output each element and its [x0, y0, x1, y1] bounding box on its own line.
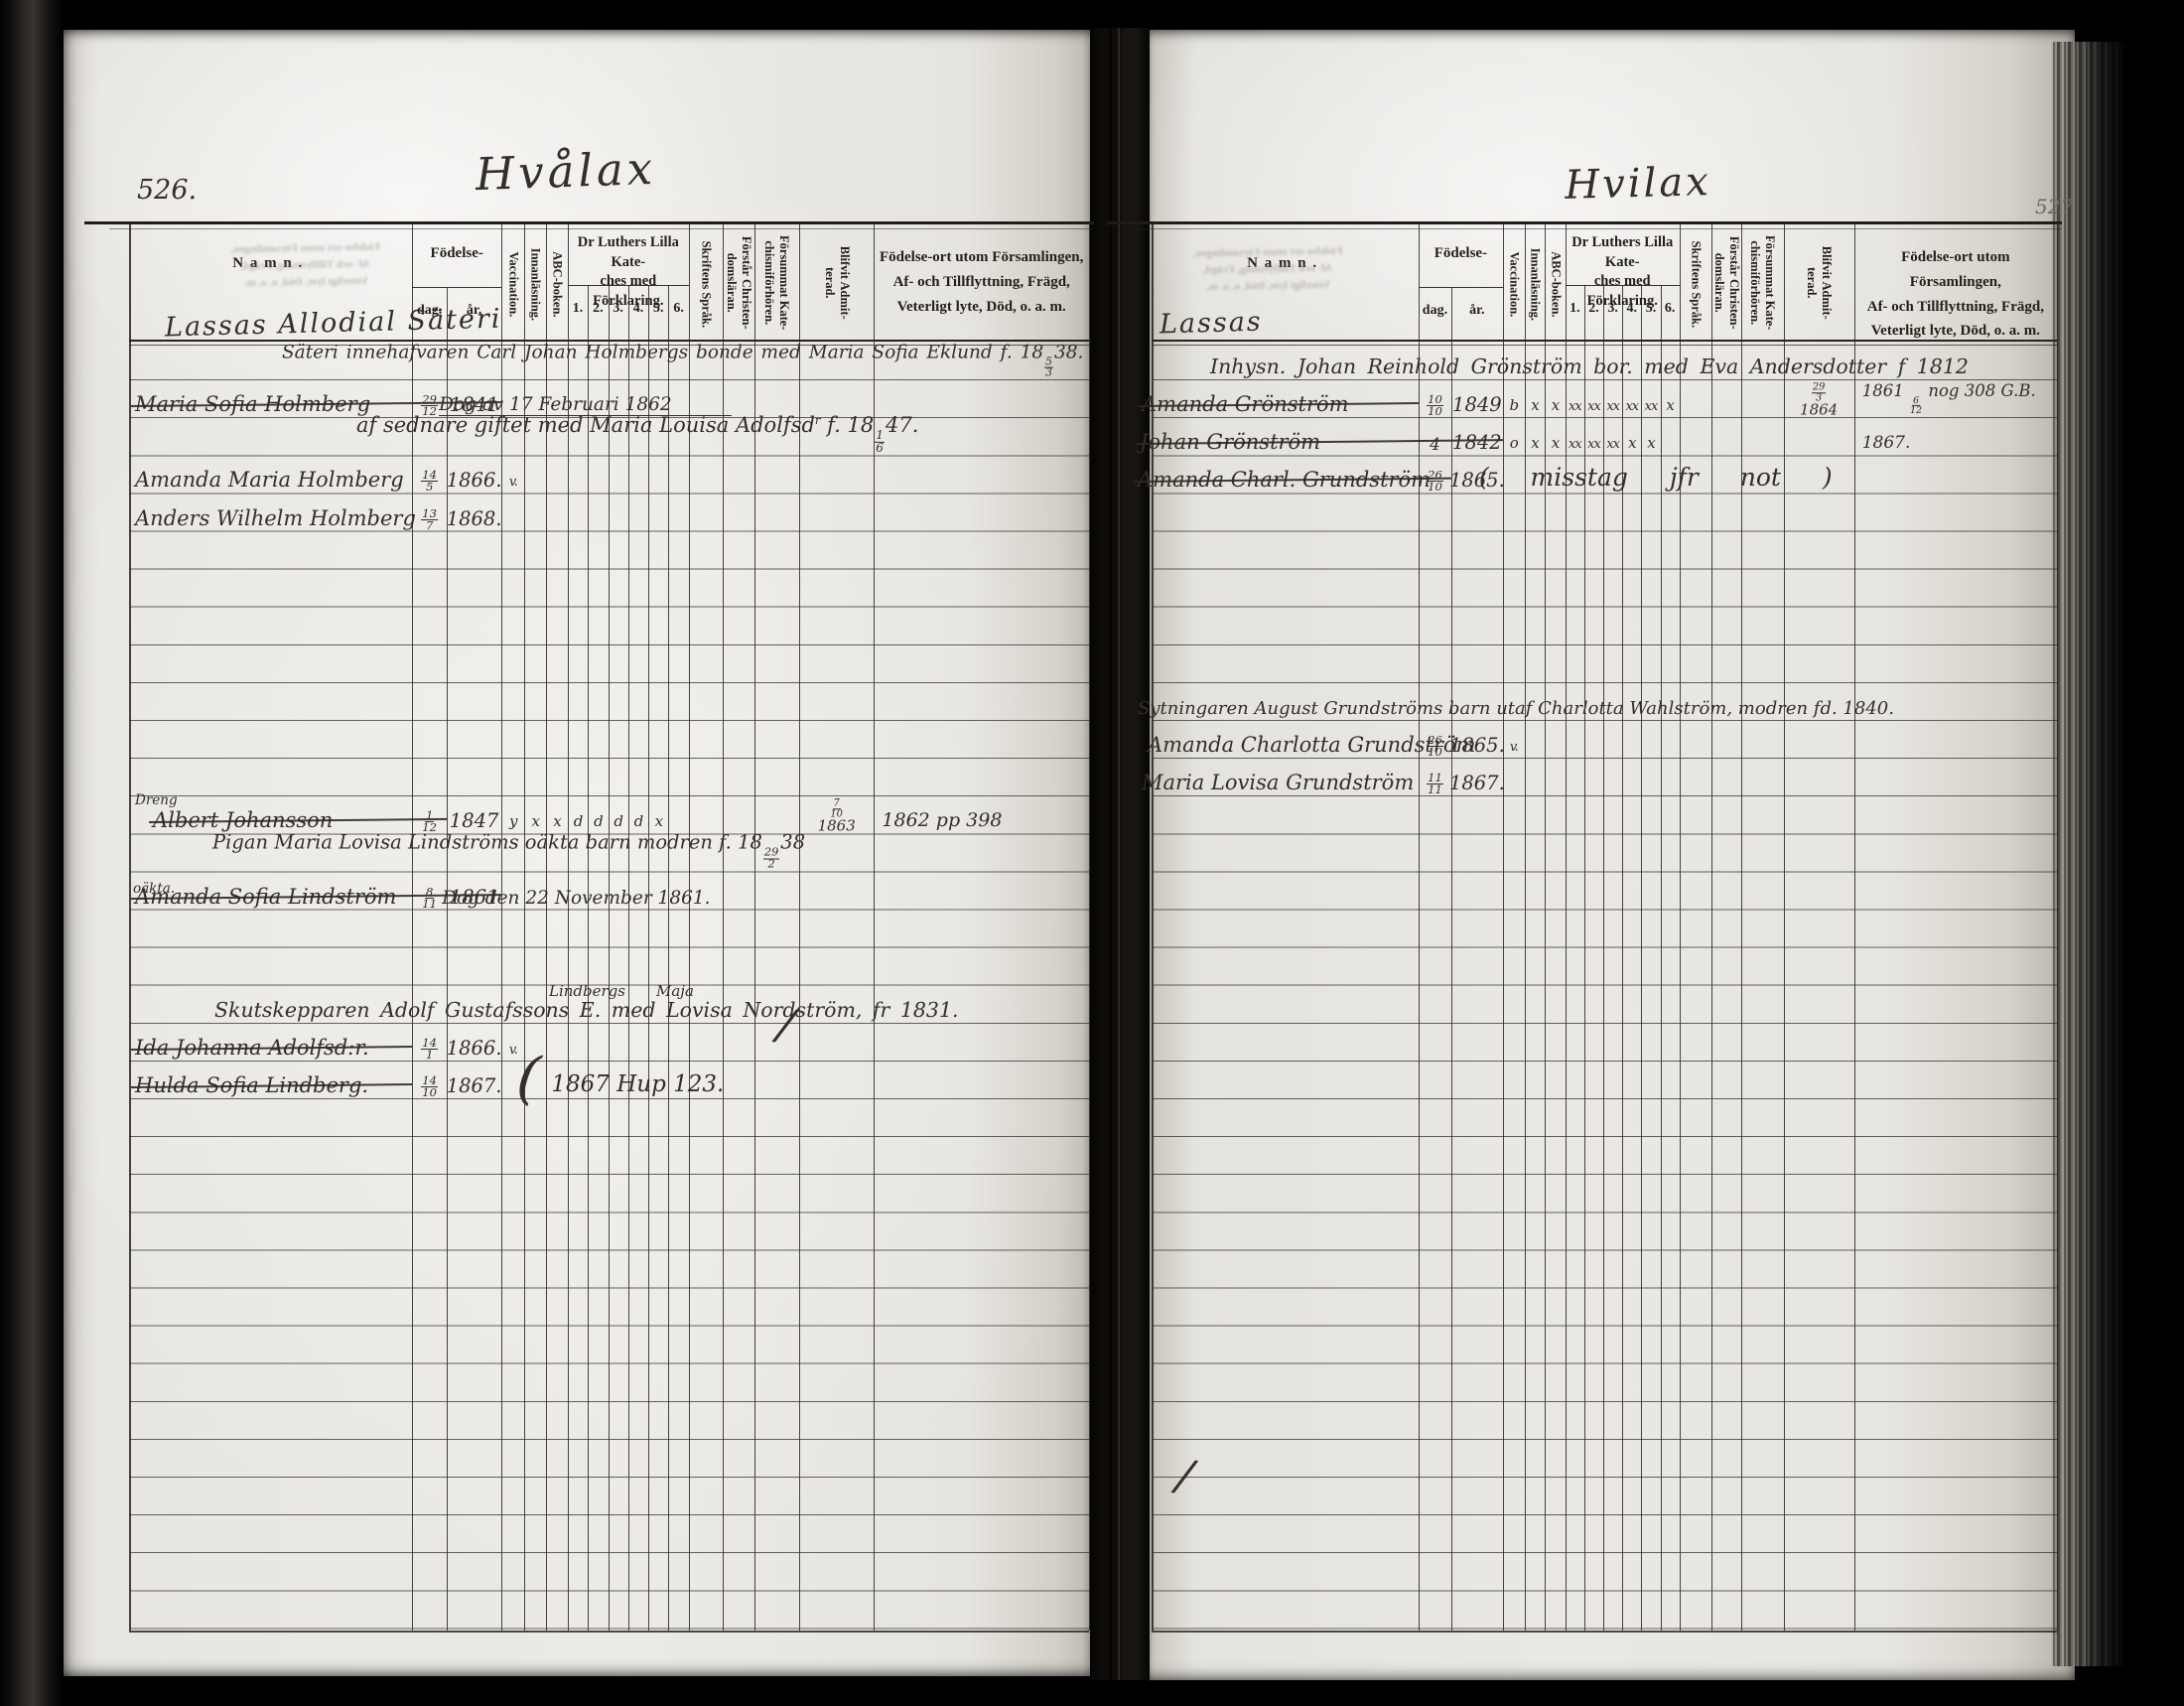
examination-mark: x	[641, 812, 675, 830]
kateches-number: 5.	[648, 301, 668, 317]
examination-mark: x	[1653, 396, 1687, 414]
column-header-forsummat: Försummat Kate-chismiförhören.	[1747, 226, 1777, 340]
kateches-number: 6.	[1661, 301, 1680, 317]
remark-note: 1862 pp 398	[882, 809, 1002, 831]
column-header-skrift: Skriftens Språk.	[1688, 227, 1703, 341]
book-scan: 526. Hvålax 527 Hvilax Namn.Födelse-dag.…	[0, 0, 2184, 1706]
column-header-forsummat: Försummat Kate-chismiförhören.	[761, 226, 791, 340]
ghost-bleedthrough: Födelse-ort utom Församlingen,Af- och Ti…	[216, 238, 396, 292]
ghost-bleedthrough: Födelse-ort utom Församlingen,Af- och Ti…	[1171, 242, 1366, 297]
kateches-number: 5.	[1641, 301, 1660, 317]
column-header-kateches: Dr Luthers Lilla Kate-ches med Förklarin…	[568, 233, 689, 311]
row-rules	[1152, 343, 2057, 1631]
remark-note: 1861 612 nog 308 G.B.	[1862, 381, 2036, 415]
table-bottom-border	[1152, 1631, 2057, 1633]
table-top-border	[84, 221, 1094, 224]
village-heading-right: Hvilax	[1488, 157, 1787, 211]
column-header-blifvit: Blifvit Admit-terad.	[822, 226, 852, 340]
column-header-abc: ABC-boken.	[1548, 227, 1563, 341]
household-line: Säteri innehafvaren Carl Johan Holmbergs…	[282, 343, 1083, 378]
column-header-fodelse: Födelse-	[412, 245, 501, 262]
column-header-birthplace: Födelse-ort utom Församlingen,Af- och Ti…	[874, 245, 1089, 319]
column-header-inl: Innanläsning.	[1528, 227, 1543, 341]
scan-left-margin	[0, 0, 64, 1706]
household-line: af sednare giftet med Maria Louisa Adolf…	[356, 413, 918, 454]
margin-note: 1867 Hup 123.	[551, 1071, 724, 1097]
fodelse-divider	[412, 287, 501, 288]
table-top-border	[1107, 221, 2062, 224]
column-header-skrift: Skriftens Språk.	[698, 227, 713, 341]
examination-mark: v.	[496, 475, 530, 490]
household-line: Inhysn. Johan Reinhold Grönström bor. me…	[1210, 355, 1969, 378]
admitted-date: 2931864	[1784, 369, 1853, 417]
table-bottom-border	[129, 1631, 1089, 1633]
stacked-page-edges	[2051, 42, 2134, 1666]
kateches-number: 3.	[609, 301, 628, 317]
kateches-number: 1.	[1566, 301, 1584, 317]
examination-mark: x	[1634, 434, 1668, 452]
column-header-fodelse: Födelse-	[1419, 245, 1503, 262]
margin-word: Dreng	[135, 792, 178, 808]
entry-birth-year: 1867.	[1435, 772, 1519, 794]
farm-name: Lassas	[1160, 307, 1263, 341]
column-header-forstar: Förstår Christen-domsläran.	[724, 226, 753, 340]
kateches-divider	[568, 285, 689, 286]
inserted-word: Lindbergs	[549, 982, 625, 1000]
column-header-vacc: Vaccination.	[505, 227, 520, 341]
table-top-border-thin	[1132, 228, 2062, 229]
kateches-number: 3.	[1603, 301, 1622, 317]
kateches-divider	[1566, 285, 1680, 286]
kateches-number: 1.	[568, 301, 588, 317]
entry-birth-year: 1868.	[433, 507, 516, 530]
inserted-word: Maja	[656, 982, 694, 1000]
column-header-forstar: Förstår Christen-domsläran.	[1711, 226, 1741, 340]
column-header-vacc: Vaccination.	[1506, 227, 1521, 341]
entry-name: Maria Lovisa Grundström	[1142, 771, 1414, 794]
kateches-number: 2.	[1584, 301, 1603, 317]
entry-birth-year: 1867.	[433, 1074, 516, 1097]
kateches-number: 6.	[668, 301, 688, 317]
examination-mark: v.	[1497, 740, 1531, 755]
remark-note: 1867.	[1862, 433, 1911, 453]
column-header-inl: Innanläsning.	[528, 227, 543, 341]
column-header-dag: dag.	[1419, 303, 1451, 319]
column-header-birthplace: Födelse-ort utom Församlingen,Af- och Ti…	[1854, 245, 2057, 344]
book-spine-fold	[1082, 28, 1154, 1680]
kateches-number: 2.	[588, 301, 608, 317]
kateches-number: 4.	[1622, 301, 1641, 317]
column-header-blifvit: Blifvit Admit-terad.	[1804, 226, 1834, 340]
column-line-end	[2057, 223, 2058, 1631]
margin-note: ( misstag jfr not )	[1479, 463, 1833, 492]
margin-note: Dog den 22 November 1861.	[442, 888, 710, 909]
admitted-date: 7101863	[802, 786, 872, 834]
entry-name: Anders Wilhelm Holmberg	[135, 506, 416, 530]
column-header-ar: år.	[1451, 303, 1503, 319]
page-number-left: 526.	[137, 175, 197, 206]
table-top-border-thin	[109, 228, 1094, 229]
column-header-abc: ABC-boken.	[550, 227, 565, 341]
page-number-right: 527	[2035, 195, 2073, 218]
entry-name: Amanda Maria Holmberg	[135, 468, 404, 492]
household-line: Skutskepparen Adolf Gustafssons E. med L…	[214, 998, 959, 1022]
fodelse-divider	[1419, 287, 1503, 288]
household-line: Pigan Maria Lovisa Lindströms oäkta barn…	[212, 831, 805, 870]
column-line-end	[1089, 223, 1090, 1631]
column-header-kateches: Dr Luthers Lilla Kate-ches med Förklarin…	[1566, 233, 1680, 311]
kateches-number: 4.	[628, 301, 648, 317]
household-line: Sytningaren August Grundströms barn utaf…	[1138, 698, 1894, 719]
